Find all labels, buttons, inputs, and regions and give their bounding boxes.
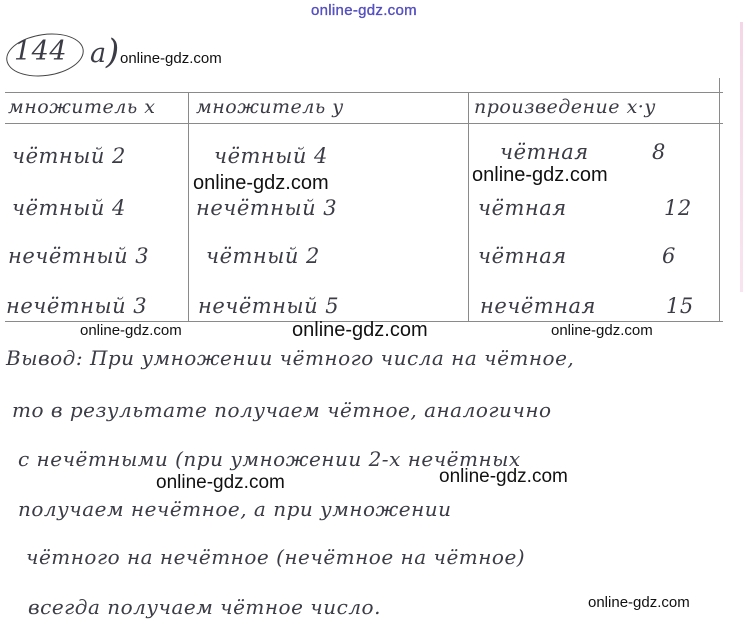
cell-x: чётный 2	[12, 144, 126, 168]
problem-number: 144	[14, 36, 67, 67]
cell-x: нечётный 3	[8, 244, 149, 268]
table-border-right	[719, 78, 720, 322]
cell-value: 12	[664, 196, 692, 220]
cell-value: 15	[666, 294, 694, 318]
watermark: online-gdz.com	[588, 594, 690, 611]
watermark: online-gdz.com	[193, 172, 329, 195]
cell-product: чётная	[478, 196, 567, 220]
table-col-divider-1	[188, 92, 189, 322]
cell-y: нечётный 3	[196, 196, 337, 220]
watermark: online-gdz.com	[120, 50, 222, 67]
cell-y: нечётный 5	[198, 294, 339, 318]
table-col-divider-2	[468, 92, 469, 322]
watermark-top: online-gdz.com	[311, 2, 417, 19]
table-header-product: произведение x·y	[474, 96, 656, 118]
cell-product: чётная	[500, 140, 589, 164]
cell-product: чётная	[478, 244, 567, 268]
watermark: online-gdz.com	[472, 164, 608, 187]
watermark: online-gdz.com	[439, 466, 568, 488]
cell-x: чётный 4	[12, 196, 126, 220]
cell-y: чётный 2	[206, 244, 320, 268]
problem-part: а	[90, 38, 107, 69]
table-header-y: множитель y	[196, 96, 344, 118]
table-header-divider	[5, 123, 723, 124]
conclusion-line: Вывод: При умножении чётного числа на чё…	[6, 346, 574, 370]
watermark: online-gdz.com	[80, 322, 182, 339]
cell-product: нечётная	[480, 294, 596, 318]
conclusion-line: то в результате получаем чётное, аналоги…	[12, 398, 552, 422]
watermark: online-gdz.com	[551, 322, 653, 339]
problem-part-paren: )	[106, 32, 120, 72]
table-border-top	[5, 92, 723, 93]
cell-y: чётный 4	[214, 144, 328, 168]
cell-x: нечётный 3	[6, 294, 147, 318]
cell-value: 8	[652, 140, 666, 164]
conclusion-line: чётного на нечётное (нечётное на чётное)	[26, 545, 525, 569]
watermark: online-gdz.com	[156, 472, 285, 494]
conclusion-line: всегда получаем чётное число.	[28, 595, 381, 619]
table-header-x: множитель x	[8, 96, 156, 118]
watermark: online-gdz.com	[292, 319, 428, 342]
conclusion-line: получаем нечётное, а при умножении	[18, 497, 452, 521]
cell-value: 6	[662, 244, 676, 268]
